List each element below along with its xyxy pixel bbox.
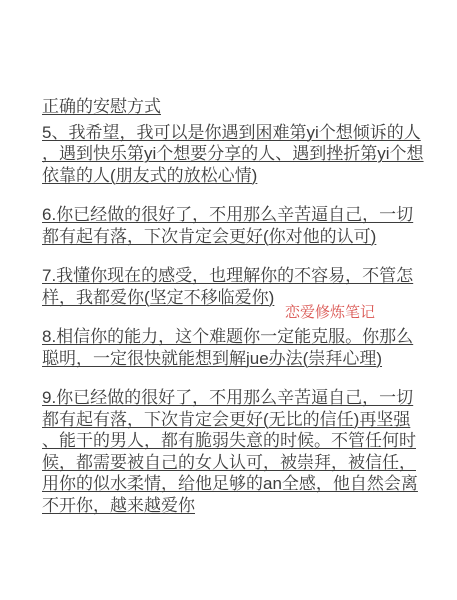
text-line: 、能干的男人，都有脆弱失意的时候。不管任何时	[42, 430, 428, 452]
text-line: 6.你已经做的很好了，不用那么辛苦逼自己，一切	[42, 204, 428, 226]
text-line: 用你的似水柔情，给他足够的an全感，他自然会离	[42, 473, 428, 495]
paragraph-6: 6.你已经做的很好了，不用那么辛苦逼自己，一切 都有起有落，下次肯定会更好(你对…	[42, 204, 428, 247]
text-line: 都有起有落，下次肯定会更好(你对他的认可)	[42, 226, 428, 248]
paragraph-8: 8.相信你的能力，这个难题你一定能克服。你那么 聪明，一定很快就能想到解jue办…	[42, 326, 428, 369]
text-line: 候，都需要被自己的女人认可，被崇拜，被信任，	[42, 452, 428, 474]
text-line: ，遇到快乐第yi个想要分享的人、遇到挫折第yi个想	[42, 143, 428, 165]
text-line: 都有起有落，下次肯定会更好(无比的信任)再坚强	[42, 409, 428, 431]
watermark: 恋爱修炼笔记	[285, 303, 375, 322]
paragraph-5: 5、我希望，我可以是你遇到困难第yi个想倾诉的人 ，遇到快乐第yi个想要分享的人…	[42, 122, 428, 187]
text-line: 聪明，一定很快就能想到解jue办法(崇拜心理)	[42, 348, 428, 370]
text-line: 8.相信你的能力，这个难题你一定能克服。你那么	[42, 326, 428, 348]
page-title: 正确的安慰方式	[42, 96, 428, 118]
text-line: 7.我懂你现在的感受，也理解你的不容易，不管怎	[42, 265, 428, 287]
paragraph-7: 7.我懂你现在的感受，也理解你的不容易，不管怎 样，我都爱你(坚定不移临爱你)	[42, 265, 428, 308]
note-page: 正确的安慰方式 5、我希望，我可以是你遇到困难第yi个想倾诉的人 ，遇到快乐第y…	[0, 0, 457, 600]
text-line: 依靠的人(朋友式的放松心情)	[42, 165, 428, 187]
text-line: 9.你已经做的很好了，不用那么辛苦逼自己，一切	[42, 387, 428, 409]
text-line: 5、我希望，我可以是你遇到困难第yi个想倾诉的人	[42, 122, 428, 144]
paragraph-9: 9.你已经做的很好了，不用那么辛苦逼自己，一切 都有起有落，下次肯定会更好(无比…	[42, 387, 428, 516]
text-line: 不开你，越来越爱你	[42, 495, 428, 517]
